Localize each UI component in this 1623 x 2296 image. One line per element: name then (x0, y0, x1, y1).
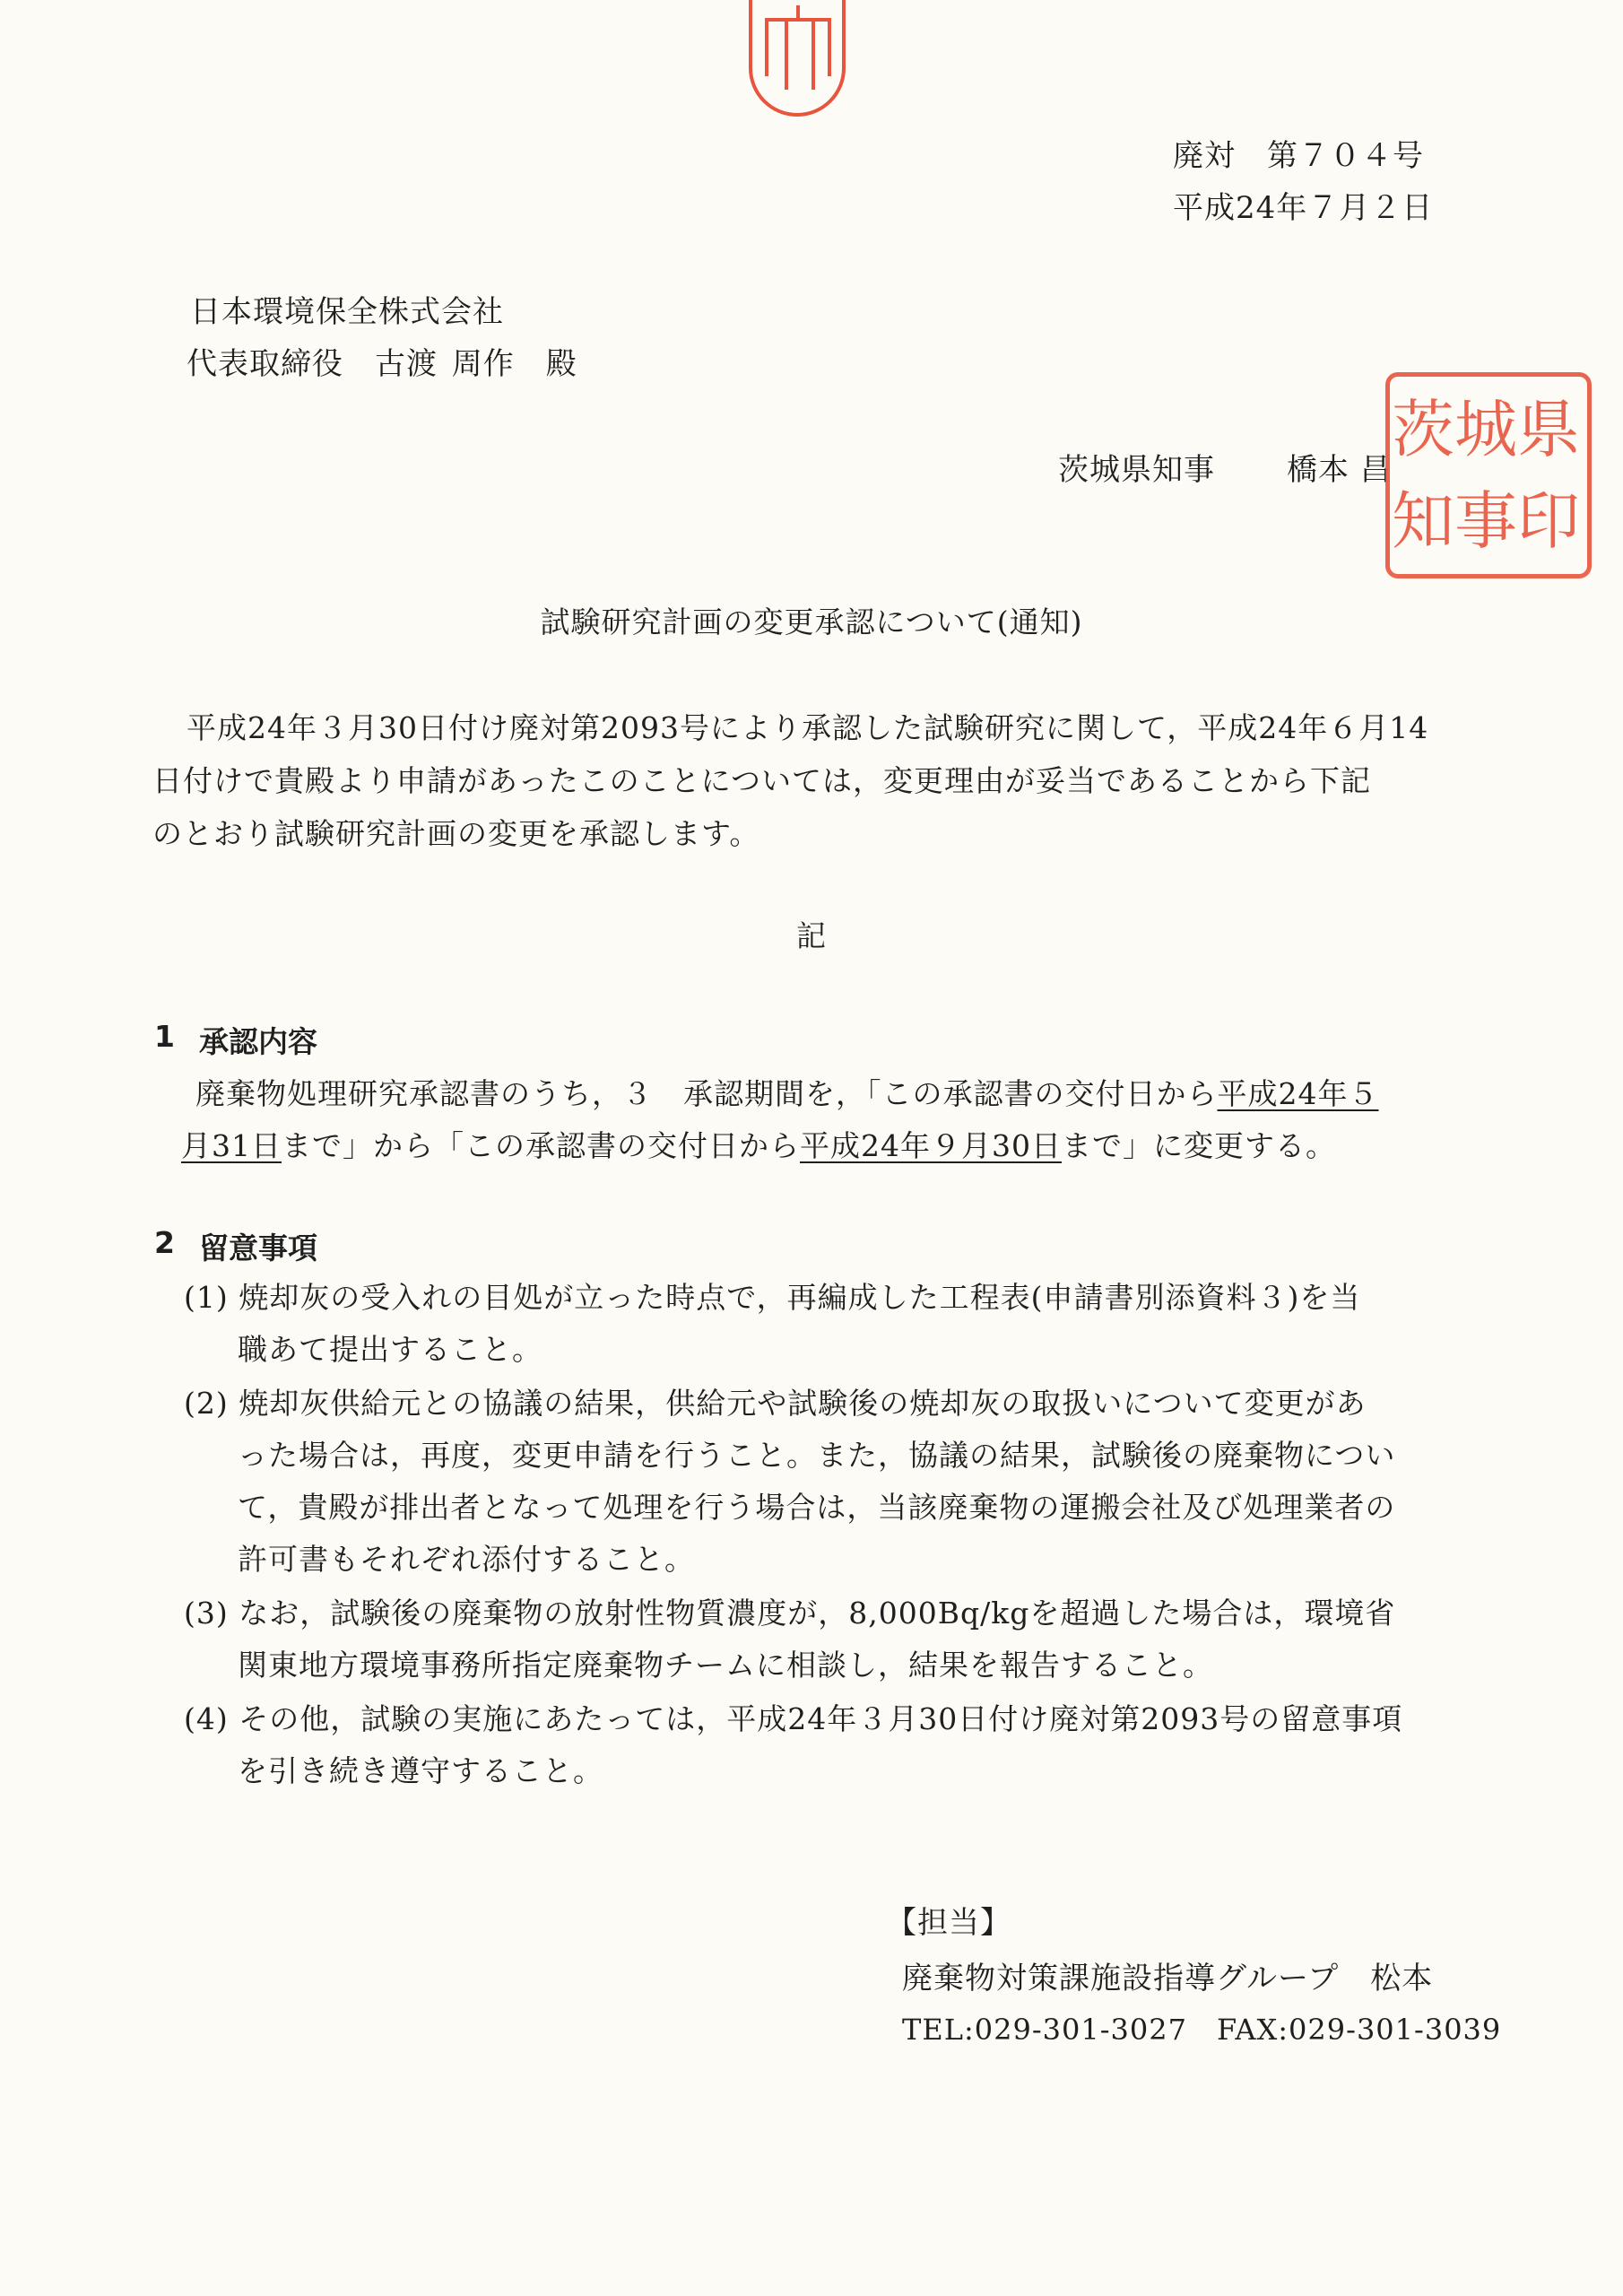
underlined-date-old: 平成24年５ (1218, 1076, 1379, 1111)
seal-char: 城 (1454, 384, 1517, 475)
section-1-heading: 承認内容 (199, 1019, 317, 1061)
contact-label: 【担当】 (886, 1898, 1011, 1942)
text: まで」から「この承認書の交付日から (282, 1128, 800, 1163)
body-line-1: 平成24年３月30日付け廃対第2093号により承認した試験研究に関して，平成24… (187, 705, 1428, 747)
seal-char: 茨 (1392, 384, 1454, 475)
top-seal-stamp (749, 0, 846, 117)
recipient-company: 日本環境保全株式会社 (190, 287, 504, 331)
contact-phone-fax: TEL:029-301-3027 FAX:029-301-3039 (902, 2007, 1501, 2048)
note-line: 関東地方環境事務所指定廃棄物チームに相談し，結果を報告すること。 (184, 1639, 1466, 1692)
section-2-heading: 留意事項 (199, 1225, 317, 1267)
contact-department: 廃棄物対策課施設指導グループ 松本 (902, 1953, 1433, 1997)
note-line: (4) その他，試験の実施にあたっては，平成24年３月30日付け廃対第2093号… (184, 1693, 1466, 1745)
note-line: を引き続き遵守すること。 (184, 1745, 1466, 1797)
sender-name: 橋本 昌 (1287, 445, 1392, 489)
text: 廃棄物処理研究承認書のうち，３ 承認期間を，「この承認書の交付日から (195, 1076, 1218, 1111)
note-item-3: (3) なお，試験後の廃棄物の放射性物質濃度が，8,000Bq/kgを超過した場… (184, 1587, 1466, 1692)
seal-char: 印 (1517, 475, 1580, 567)
seal-char: 事 (1454, 475, 1517, 567)
note-line: (1) 焼却灰の受入れの目処が立った時点で，再編成した工程表(申請書別添資料３)… (184, 1272, 1466, 1324)
document-date: 平成24年７月２日 (1173, 183, 1433, 227)
body-line-3: のとおり試験研究計画の変更を承認します。 (152, 811, 759, 853)
underlined-date-old-cont: 月31日 (181, 1128, 282, 1163)
sender-title: 茨城県知事 (1058, 445, 1215, 489)
note-line: て，貴殿が排出者となって処理を行う場合は，当該廃棄物の運搬会社及び処理業者の (184, 1482, 1466, 1534)
recipient-person: 代表取締役 古渡 周作 殿 (187, 339, 577, 383)
note-line: 許可書もそれぞれ添付すること。 (184, 1534, 1466, 1586)
text: まで」に変更する。 (1062, 1128, 1336, 1163)
note-line: 職あて提出すること。 (184, 1324, 1466, 1376)
note-item-4: (4) その他，試験の実施にあたっては，平成24年３月30日付け廃対第2093号… (184, 1693, 1466, 1797)
note-line: (2) 焼却灰供給元との協議の結果，供給元や試験後の焼却灰の取扱いについて変更が… (184, 1378, 1466, 1430)
underlined-date-new: 平成24年９月30日 (800, 1128, 1062, 1163)
section-1-line-2: 月31日まで」から「この承認書の交付日から平成24年９月30日まで」に変更する。 (181, 1123, 1336, 1165)
document-number: 廃対 第７０４号 (1173, 131, 1424, 175)
section-2-number: 2 (154, 1225, 175, 1260)
seal-char: 知 (1392, 475, 1454, 567)
note-line: った場合は，再度，変更申請を行うこと。また，協議の結果，試験後の廃棄物につい (184, 1430, 1466, 1482)
document-title: 試験研究計画の変更承認について(通知) (0, 599, 1623, 641)
section-1-line-1: 廃棄物処理研究承認書のうち，３ 承認期間を，「この承認書の交付日から平成24年５ (195, 1071, 1379, 1113)
section-1-number: 1 (154, 1019, 175, 1054)
governor-seal-stamp: 県 印 城 事 茨 知 (1385, 372, 1592, 578)
note-line: (3) なお，試験後の廃棄物の放射性物質濃度が，8,000Bq/kgを超過した場… (184, 1587, 1466, 1639)
ki-marker: 記 (0, 913, 1623, 955)
note-item-1: (1) 焼却灰の受入れの目処が立った時点で，再編成した工程表(申請書別添資料３)… (184, 1272, 1466, 1376)
note-item-2: (2) 焼却灰供給元との協議の結果，供給元や試験後の焼却灰の取扱いについて変更が… (184, 1378, 1466, 1586)
body-line-2: 日付けで貴殿より申請があったこのことについては，変更理由が妥当であることから下記 (152, 758, 1371, 800)
seal-char: 県 (1517, 384, 1580, 475)
